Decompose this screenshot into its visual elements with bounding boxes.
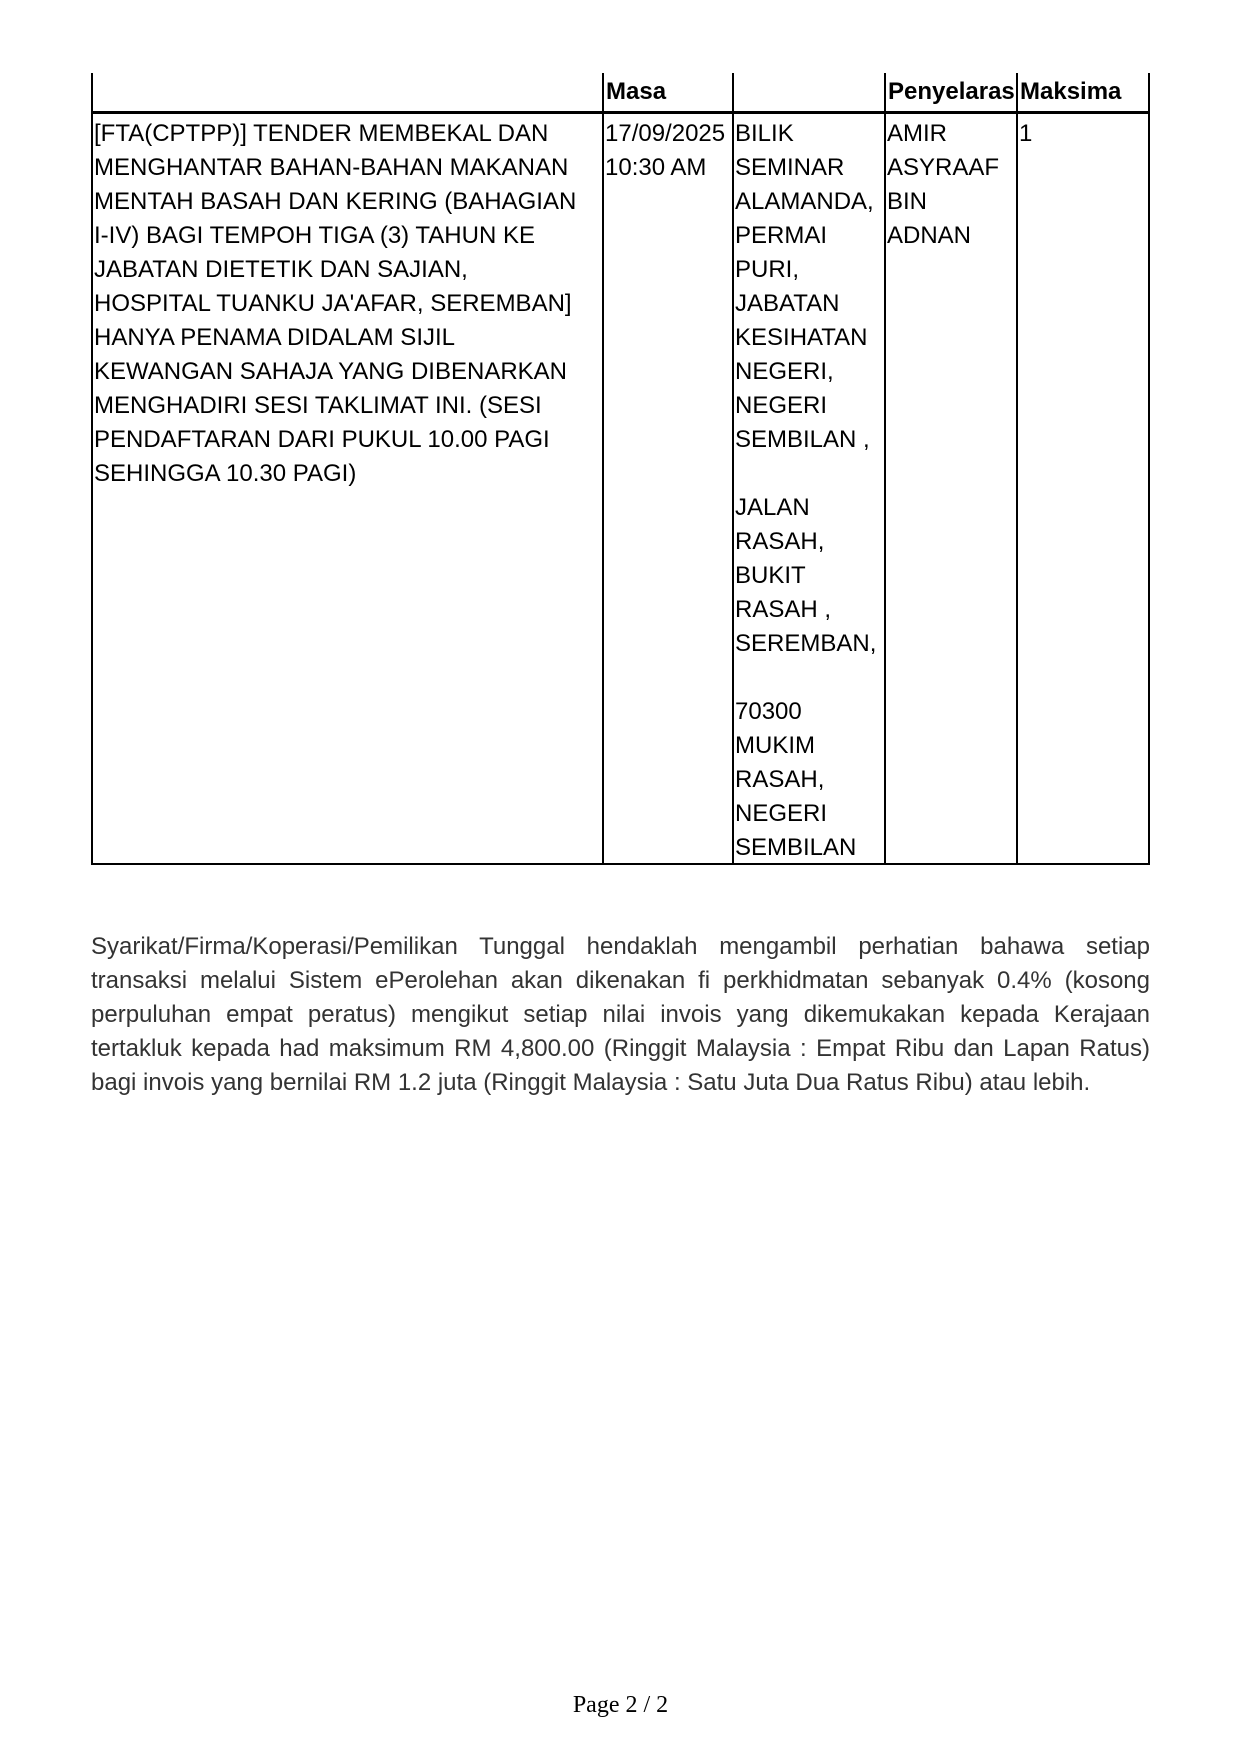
header-penyelaras: Penyelaras	[888, 75, 1015, 109]
header-divider	[91, 111, 1150, 114]
table-border-right	[1148, 73, 1150, 865]
cell-tempat: BILIK SEMINAR ALAMANDA, PERMAI PURI, JAB…	[735, 117, 883, 865]
header-maksima: Maksima	[1020, 75, 1121, 109]
col-divider	[602, 73, 604, 865]
cell-maksima: 1	[1019, 117, 1147, 151]
header-masa: Masa	[606, 75, 666, 109]
col-divider	[732, 73, 734, 865]
col-divider	[1016, 73, 1018, 865]
cell-masa: 17/09/2025 10:30 AM	[605, 117, 731, 185]
col-divider	[884, 73, 886, 865]
cell-penyelaras: AMIR ASYRAAF BIN ADNAN	[887, 117, 1015, 253]
page-number: Page 2 / 2	[0, 1692, 1241, 1719]
table-border-bottom	[91, 863, 1150, 865]
cell-description: [FTA(CPTPP)] TENDER MEMBEKAL DAN MENGHAN…	[94, 117, 600, 491]
table-border-left	[91, 73, 93, 865]
service-fee-notice: Syarikat/Firma/Koperasi/Pemilikan Tungga…	[91, 930, 1150, 1100]
